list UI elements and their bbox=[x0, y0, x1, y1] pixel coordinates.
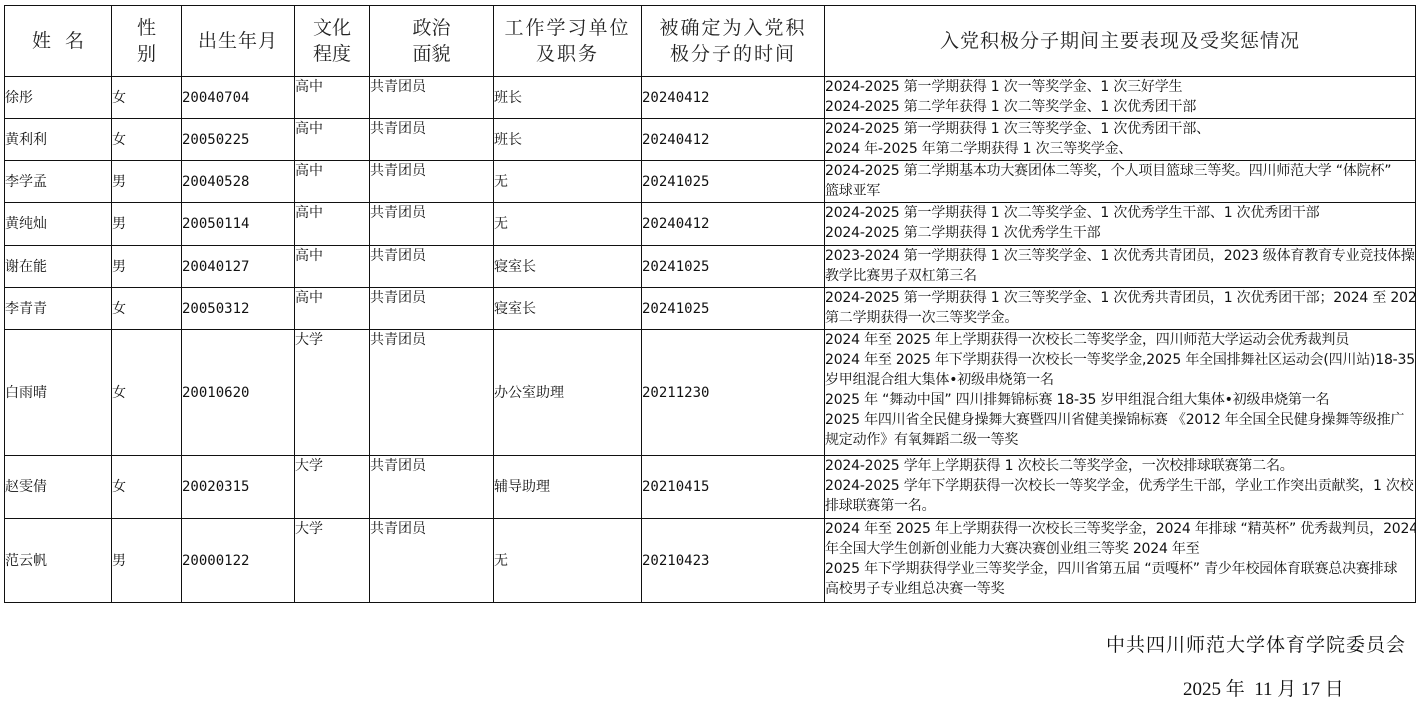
header-dob: 出生年月 bbox=[182, 6, 295, 77]
cell-awards: 2024-2025 第一学期获得 1 次三等奖学金、1 次优秀团干部、 2024… bbox=[825, 119, 1416, 161]
award-line: 2023-2024 第一学期获得 1 次三等奖学金、1 次优秀共青团员，2023… bbox=[825, 246, 1415, 266]
cell-education: 高中 bbox=[295, 288, 370, 330]
cell-sex: 女 bbox=[112, 288, 182, 330]
cell-activist-date: 20241025 bbox=[642, 161, 825, 203]
cell-job: 寝室长 bbox=[494, 288, 642, 330]
cell-activist-date: 20241025 bbox=[642, 288, 825, 330]
cell-education: 高中 bbox=[295, 246, 370, 288]
award-line: 2024 年至 2025 年下学期获得一次校长一等奖学金,2025 年全国排舞社… bbox=[825, 350, 1415, 370]
cell-job: 办公室助理 bbox=[494, 330, 642, 456]
issue-date: 2025 年 11 月 17 日 bbox=[1183, 674, 1344, 701]
header-awards: 入党积极分子期间主要表现及受奖惩情况 bbox=[825, 6, 1416, 77]
table-row: 范云帆 男 20000122 大学 共青团员 无 20210423 2024 年… bbox=[5, 519, 1416, 603]
cell-awards: 2024-2025 第一学期获得 1 次三等奖学金、1 次优秀共青团员，1 次优… bbox=[825, 288, 1416, 330]
award-line: 规定动作》有氧舞蹈二级一等奖 bbox=[825, 430, 1415, 450]
header-political-line-2: 面貌 bbox=[370, 41, 493, 67]
cell-awards: 2024 年至 2025 年上学期获得一次校长三等奖学金，2024 年排球 “精… bbox=[825, 519, 1416, 603]
award-line: 2025 年四川省全民健身操舞大赛暨四川省健美操锦标赛 《2012 年全国全民健… bbox=[825, 410, 1415, 430]
award-line: 2024-2025 第一学期获得 1 次一等奖学金、1 次三好学生 bbox=[825, 77, 1415, 97]
cell-dob: 20050114 bbox=[182, 203, 295, 246]
cell-job: 辅导助理 bbox=[494, 456, 642, 519]
award-line: 2024-2025 第二学期基本功大赛团体二等奖，个人项目篮球三等奖。四川师范大… bbox=[825, 161, 1415, 181]
award-line: 2024 年至 2025 年上学期获得一次校长二等奖学金，四川师范大学运动会优秀… bbox=[825, 330, 1415, 350]
cell-dob: 20040127 bbox=[182, 246, 295, 288]
cell-awards: 2024 年至 2025 年上学期获得一次校长二等奖学金，四川师范大学运动会优秀… bbox=[825, 330, 1416, 456]
activist-roster-table: 姓名 性 别 出生年月 文化 程度 政治 面貌 工作学习单位 及职务 被确定为入… bbox=[4, 5, 1416, 603]
cell-sex: 女 bbox=[112, 330, 182, 456]
header-sex: 性 别 bbox=[112, 6, 182, 77]
cell-political: 共青团员 bbox=[370, 203, 494, 246]
table-row: 黄纯灿 男 20050114 高中 共青团员 无 20240412 2024-2… bbox=[5, 203, 1416, 246]
header-work: 工作学习单位 及职务 bbox=[494, 6, 642, 77]
cell-job: 无 bbox=[494, 161, 642, 203]
header-education-line-1: 文化 bbox=[295, 15, 369, 41]
award-line: 年全国大学生创新创业能力大赛决赛创业组三等奖 2024 年至 bbox=[825, 539, 1415, 559]
cell-name: 白雨晴 bbox=[5, 330, 112, 456]
header-education: 文化 程度 bbox=[295, 6, 370, 77]
header-activist-date: 被确定为入党积 极分子的时间 bbox=[642, 6, 825, 77]
cell-education: 大学 bbox=[295, 519, 370, 603]
cell-sex: 男 bbox=[112, 519, 182, 603]
cell-name: 范云帆 bbox=[5, 519, 112, 603]
award-line: 2024-2025 第一学期获得 1 次三等奖学金、1 次优秀团干部、 bbox=[825, 119, 1415, 139]
header-name: 姓名 bbox=[5, 6, 112, 77]
header-political-line-1: 政治 bbox=[370, 15, 493, 41]
award-line: 第二学期获得一次三等奖学金。 bbox=[825, 308, 1415, 328]
cell-sex: 女 bbox=[112, 119, 182, 161]
cell-political: 共青团员 bbox=[370, 246, 494, 288]
cell-awards: 2024-2025 学年上学期获得 1 次校长二等奖学金，一次校排球联赛第二名。… bbox=[825, 456, 1416, 519]
header-activist-date-line-2: 极分子的时间 bbox=[642, 41, 824, 67]
cell-political: 共青团员 bbox=[370, 330, 494, 456]
cell-education: 高中 bbox=[295, 119, 370, 161]
cell-name: 李学孟 bbox=[5, 161, 112, 203]
cell-job: 无 bbox=[494, 203, 642, 246]
cell-name: 黄利利 bbox=[5, 119, 112, 161]
cell-job: 寝室长 bbox=[494, 246, 642, 288]
award-line: 2024 年至 2025 年上学期获得一次校长三等奖学金，2024 年排球 “精… bbox=[825, 519, 1415, 539]
table-row: 谢在能 男 20040127 高中 共青团员 寝室长 20241025 2023… bbox=[5, 246, 1416, 288]
cell-sex: 女 bbox=[112, 77, 182, 119]
cell-job: 无 bbox=[494, 519, 642, 603]
cell-activist-date: 20210423 bbox=[642, 519, 825, 603]
award-line: 2025 年 “舞动中国” 四川排舞锦标赛 18-35 岁甲组混合组大集体•初级… bbox=[825, 390, 1415, 410]
award-line: 篮球亚军 bbox=[825, 181, 1415, 201]
header-work-line-2: 及职务 bbox=[494, 41, 641, 67]
cell-education: 大学 bbox=[295, 330, 370, 456]
cell-political: 共青团员 bbox=[370, 456, 494, 519]
header-sex-line-2: 别 bbox=[112, 41, 181, 67]
cell-awards: 2024-2025 第一学期获得 1 次一等奖学金、1 次三好学生 2024-2… bbox=[825, 77, 1416, 119]
cell-dob: 20050225 bbox=[182, 119, 295, 161]
award-line: 2024 年-2025 年第二学期获得 1 次三等奖学金、 bbox=[825, 139, 1415, 159]
issuing-organization: 中共四川师范大学体育学院委员会 bbox=[1106, 630, 1406, 657]
table-row: 黄利利 女 20050225 高中 共青团员 班长 20240412 2024-… bbox=[5, 119, 1416, 161]
cell-dob: 20000122 bbox=[182, 519, 295, 603]
header-education-line-2: 程度 bbox=[295, 41, 369, 67]
award-line: 2025 年下学期获得学业三等奖学金，四川省第五届 “贡嘎杯” 青少年校园体育联… bbox=[825, 559, 1415, 579]
award-line: 2024-2025 第二学年获得 1 次二等奖学金、1 次优秀团干部 bbox=[825, 97, 1415, 117]
award-line: 2024-2025 学年下学期获得一次校长一等奖学金，优秀学生干部，学业工作突出… bbox=[825, 476, 1415, 496]
header-activist-date-line-1: 被确定为入党积 bbox=[642, 15, 824, 41]
cell-dob: 20020315 bbox=[182, 456, 295, 519]
table-row: 李学孟 男 20040528 高中 共青团员 无 20241025 2024-2… bbox=[5, 161, 1416, 203]
cell-name: 黄纯灿 bbox=[5, 203, 112, 246]
cell-activist-date: 20211230 bbox=[642, 330, 825, 456]
table-row: 徐彤 女 20040704 高中 共青团员 班长 20240412 2024-2… bbox=[5, 77, 1416, 119]
cell-awards: 2024-2025 第二学期基本功大赛团体二等奖，个人项目篮球三等奖。四川师范大… bbox=[825, 161, 1416, 203]
cell-activist-date: 20241025 bbox=[642, 246, 825, 288]
table-row: 赵雯倩 女 20020315 大学 共青团员 辅导助理 20210415 202… bbox=[5, 456, 1416, 519]
table-row: 李青青 女 20050312 高中 共青团员 寝室长 20241025 2024… bbox=[5, 288, 1416, 330]
cell-name: 徐彤 bbox=[5, 77, 112, 119]
cell-sex: 男 bbox=[112, 203, 182, 246]
cell-dob: 20040528 bbox=[182, 161, 295, 203]
award-line: 2024-2025 第二学期获得 1 次优秀学生干部 bbox=[825, 223, 1415, 243]
cell-dob: 20040704 bbox=[182, 77, 295, 119]
cell-sex: 女 bbox=[112, 456, 182, 519]
header-work-line-1: 工作学习单位 bbox=[494, 15, 641, 41]
cell-political: 共青团员 bbox=[370, 288, 494, 330]
header-political: 政治 面貌 bbox=[370, 6, 494, 77]
cell-education: 高中 bbox=[295, 161, 370, 203]
award-line: 岁甲组混合组大集体•初级串烧第一名 bbox=[825, 370, 1415, 390]
cell-sex: 男 bbox=[112, 246, 182, 288]
award-line: 2024-2025 学年上学期获得 1 次校长二等奖学金，一次校排球联赛第二名。 bbox=[825, 456, 1415, 476]
cell-activist-date: 20240412 bbox=[642, 77, 825, 119]
cell-awards: 2024-2025 第一学期获得 1 次二等奖学金、1 次优秀学生干部、1 次优… bbox=[825, 203, 1416, 246]
award-line: 教学比赛男子双杠第三名 bbox=[825, 266, 1415, 286]
cell-name: 赵雯倩 bbox=[5, 456, 112, 519]
cell-political: 共青团员 bbox=[370, 161, 494, 203]
award-line: 高校男子专业组总决赛一等奖 bbox=[825, 579, 1415, 599]
award-line: 2024-2025 第一学期获得 1 次二等奖学金、1 次优秀学生干部、1 次优… bbox=[825, 203, 1415, 223]
cell-political: 共青团员 bbox=[370, 119, 494, 161]
cell-education: 高中 bbox=[295, 77, 370, 119]
cell-dob: 20050312 bbox=[182, 288, 295, 330]
award-line: 排球联赛第一名。 bbox=[825, 496, 1415, 516]
cell-awards: 2023-2024 第一学期获得 1 次三等奖学金、1 次优秀共青团员，2023… bbox=[825, 246, 1416, 288]
cell-job: 班长 bbox=[494, 77, 642, 119]
award-line: 2024-2025 第一学期获得 1 次三等奖学金、1 次优秀共青团员，1 次优… bbox=[825, 288, 1415, 308]
cell-education: 大学 bbox=[295, 456, 370, 519]
cell-name: 谢在能 bbox=[5, 246, 112, 288]
cell-political: 共青团员 bbox=[370, 519, 494, 603]
cell-education: 高中 bbox=[295, 203, 370, 246]
cell-activist-date: 20210415 bbox=[642, 456, 825, 519]
header-row: 姓名 性 别 出生年月 文化 程度 政治 面貌 工作学习单位 及职务 被确定为入… bbox=[5, 6, 1416, 77]
header-sex-line-1: 性 bbox=[112, 15, 181, 41]
cell-activist-date: 20240412 bbox=[642, 203, 825, 246]
cell-sex: 男 bbox=[112, 161, 182, 203]
cell-name: 李青青 bbox=[5, 288, 112, 330]
cell-activist-date: 20240412 bbox=[642, 119, 825, 161]
cell-dob: 20010620 bbox=[182, 330, 295, 456]
table-row: 白雨晴 女 20010620 大学 共青团员 办公室助理 20211230 20… bbox=[5, 330, 1416, 456]
cell-job: 班长 bbox=[494, 119, 642, 161]
cell-political: 共青团员 bbox=[370, 77, 494, 119]
